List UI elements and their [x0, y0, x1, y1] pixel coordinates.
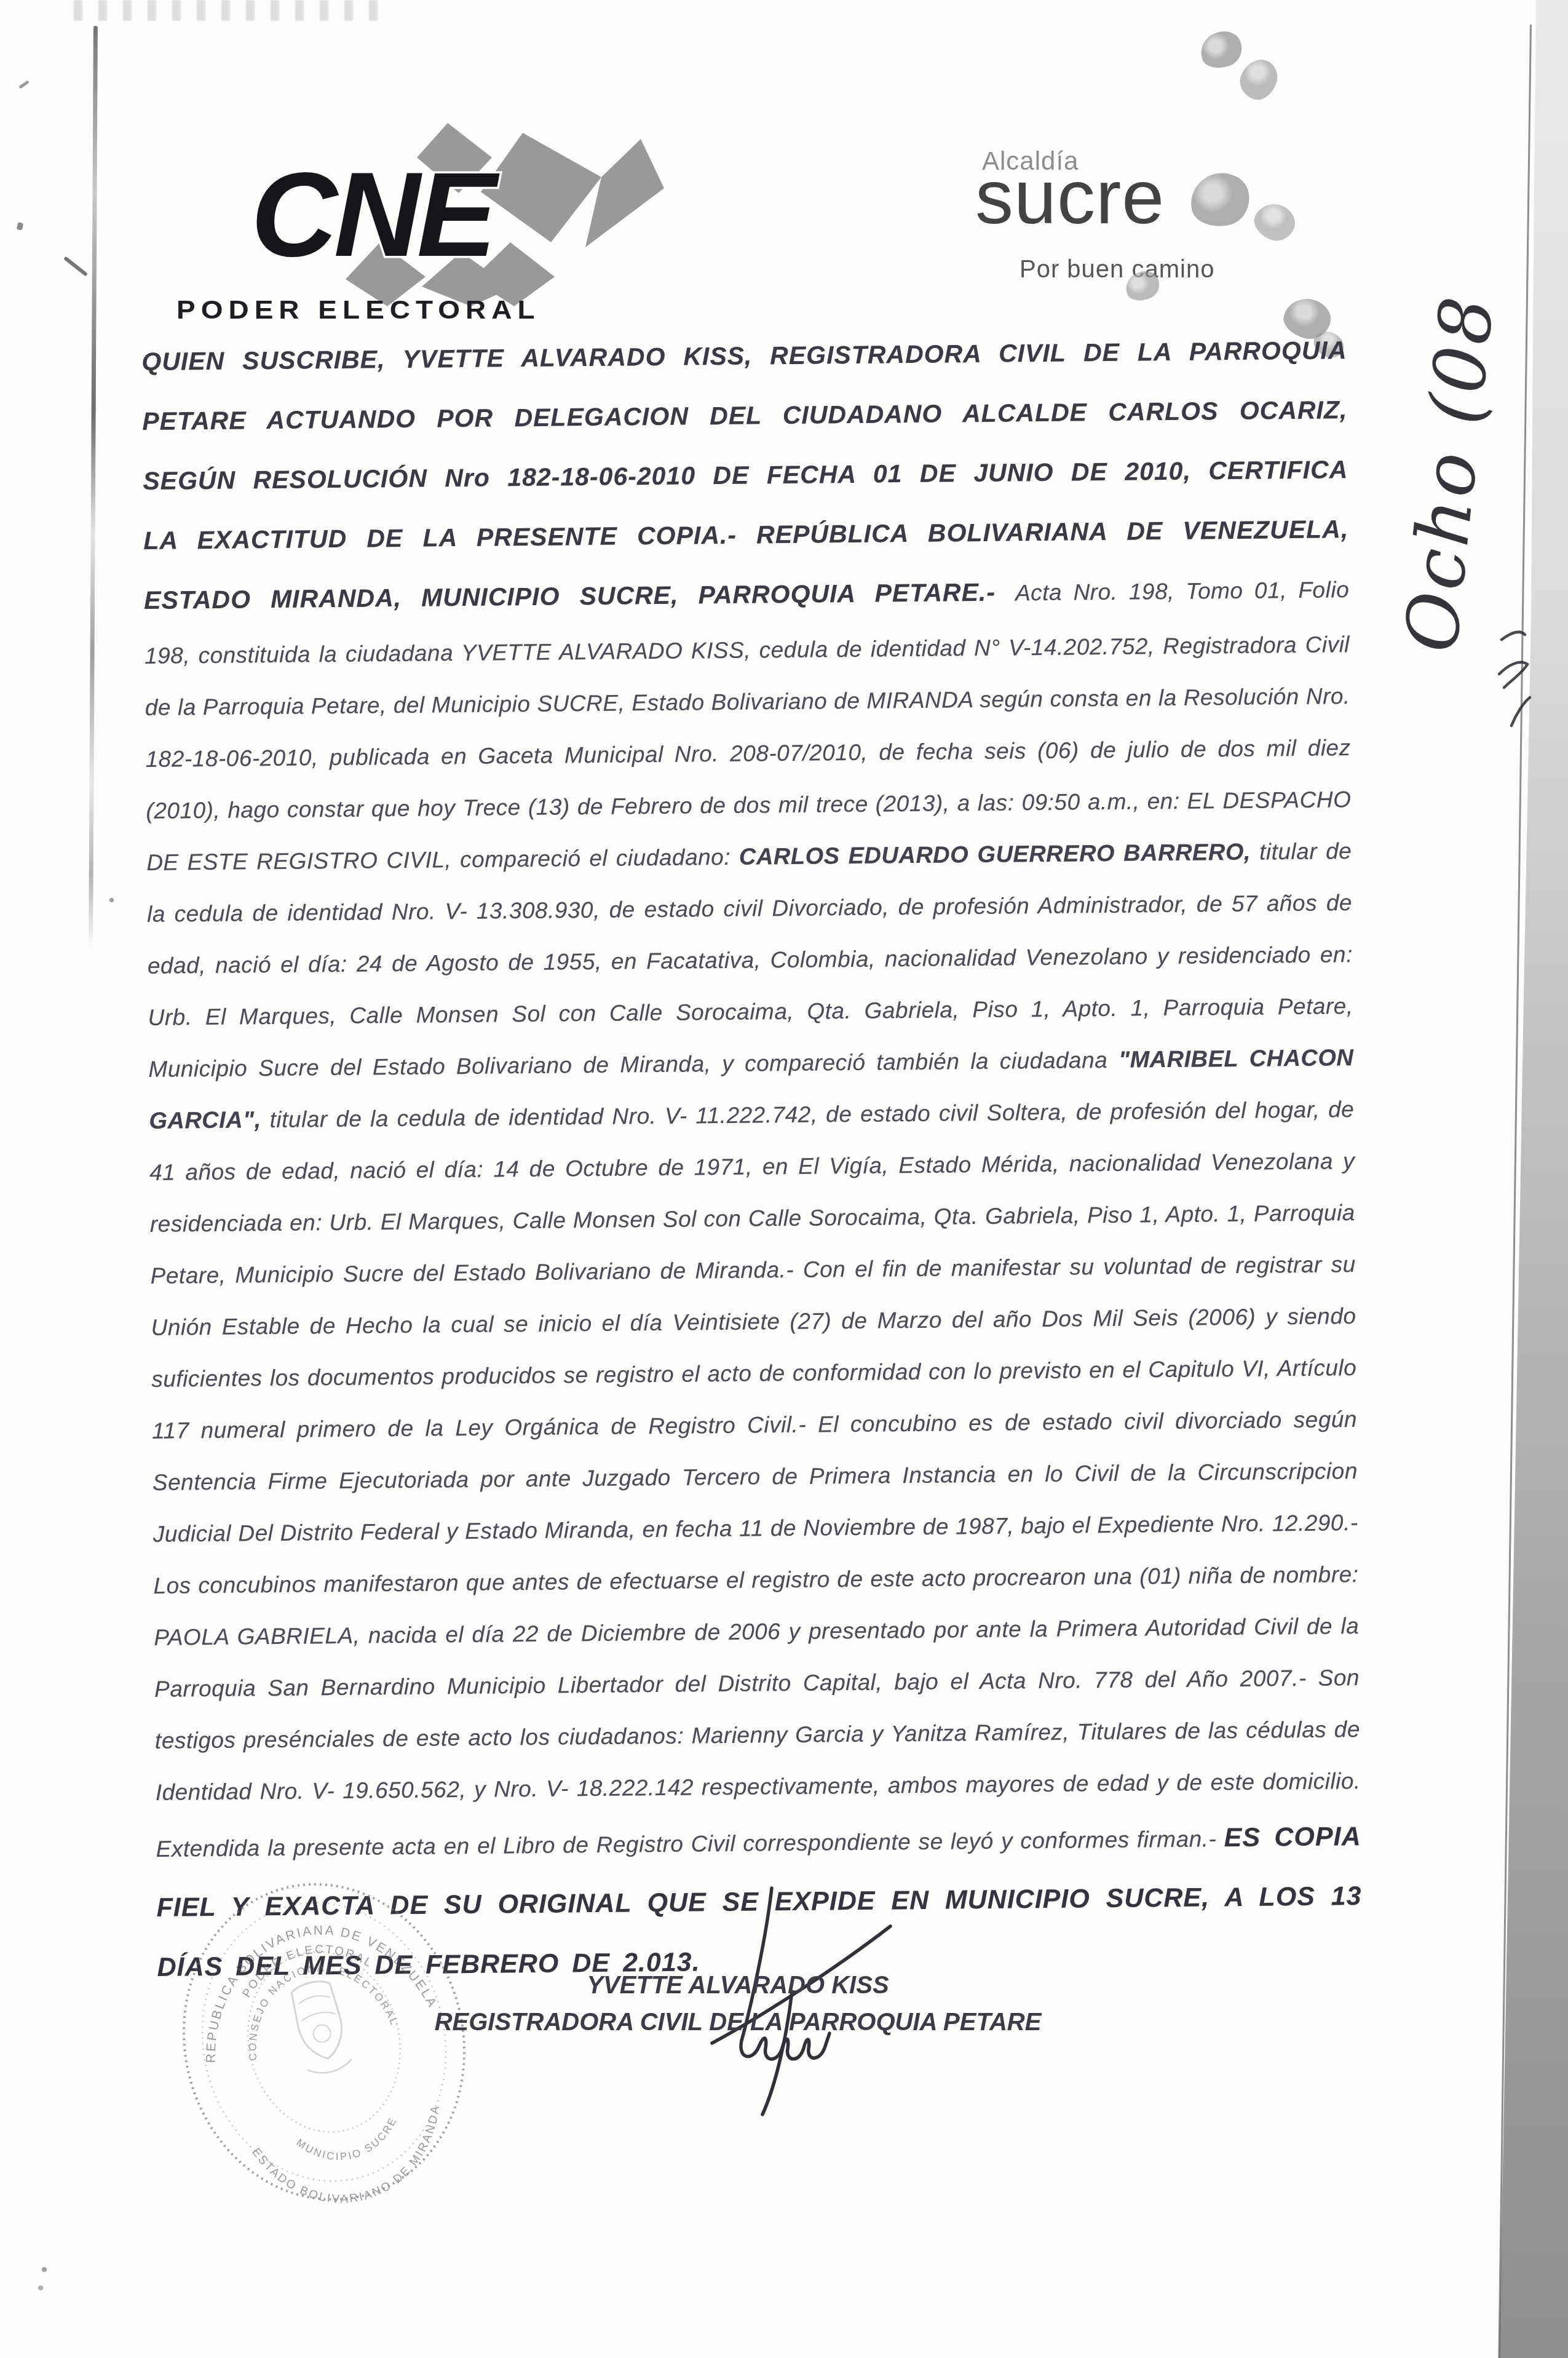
footprint-icon	[1235, 54, 1283, 105]
fold-line	[89, 26, 98, 948]
stamp-arc-municipio: MUNICIPIO SUCRE	[293, 2113, 406, 2174]
signatory-title: REGISTRADORA CIVIL DE LA PARROQUIA PETAR…	[369, 2004, 1107, 2041]
body-segment: titular de la cedula de identidad Nro. V…	[149, 1097, 1361, 1862]
body-segment: Acta Nro. 198, Tomo 01, Folio 198, const…	[145, 577, 1352, 875]
body-segment: QUIEN SUSCRIBE, YVETTE ALVARADO KISS, RE…	[141, 336, 1348, 614]
scan-mark	[42, 2267, 47, 2272]
svg-text:MUNICIPIO SUCRE: MUNICIPIO SUCRE	[293, 2113, 406, 2174]
scan-smudge	[74, 0, 394, 21]
sucre-slogan: Por buen camino	[1020, 256, 1214, 284]
official-stamp: REPUBLICA BOLIVARIANA DE VENEZUELA PODER…	[172, 1870, 480, 2214]
signature-block: YVETTE ALVARADO KISS REGISTRADORA CIVIL …	[369, 1967, 1107, 2041]
margin-scribble-icon	[1493, 621, 1536, 732]
scan-mark	[18, 80, 30, 89]
footprint-icon	[1196, 26, 1247, 73]
scanned-civil-registry-document: CNE PODER ELECTORAL Alcaldía sucre Por b…	[0, 0, 1568, 2358]
scan-mark	[38, 2285, 43, 2290]
sucre-wordmark: sucre	[975, 154, 1165, 241]
scan-mark	[63, 256, 88, 276]
body-segment: titular de la cedula de identidad Nro. V…	[147, 838, 1353, 1082]
scan-mark	[17, 222, 23, 231]
cne-logo-icon: CNE	[203, 116, 664, 306]
cne-acronym: CNE	[251, 148, 500, 282]
margin-note-handwriting: Ocho (08	[1388, 182, 1542, 658]
body-segment: CARLOS EDUARDO GUERRERO BARRERO,	[739, 840, 1260, 870]
signatory-name: YVETTE ALVARADO KISS	[369, 1967, 1107, 2004]
footprint-icon	[1186, 169, 1253, 231]
stamp-coat-of-arms	[287, 1977, 354, 2077]
scan-mark	[109, 898, 114, 902]
poder-electoral-caption: PODER ELECTORAL	[176, 294, 540, 325]
body-text: QUIEN SUSCRIBE, YVETTE ALVARADO KISS, RE…	[141, 320, 1363, 1998]
footprint-icon	[1249, 197, 1301, 247]
